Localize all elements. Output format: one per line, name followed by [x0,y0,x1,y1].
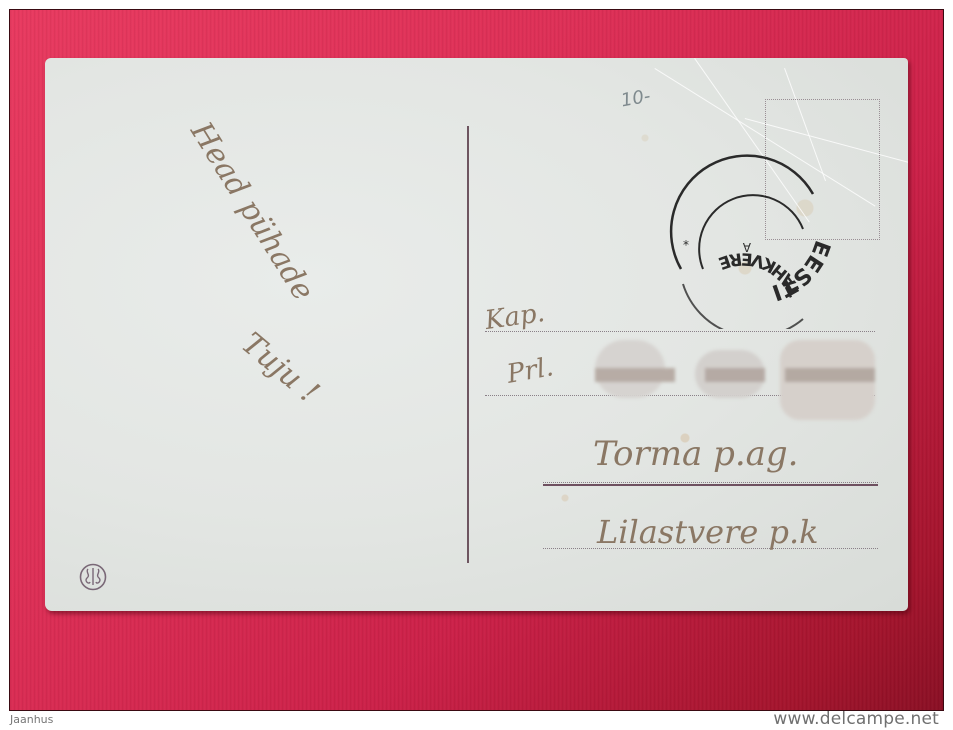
svg-text:*: * [683,238,689,252]
watermark-caption: www.delcampe.net [773,709,939,729]
svg-text:TAHKVERE: TAHKVERE [716,248,806,299]
address-line-2: Prl. [505,352,556,390]
pencil-note: 10- [619,86,652,112]
address-rule-3-solid [543,484,878,486]
address-line-3: Torma p.ag. [593,434,799,474]
message-line-1: Head pühade [183,116,320,307]
publisher-logo-icon [79,563,107,591]
seller-caption: Jaanhus [10,713,53,726]
center-divider [467,126,469,563]
redacted-name [585,340,875,400]
message-line-2: Tuju ! [235,326,326,410]
address-rule-3 [543,482,878,483]
postcard: 10- EESTI A TAHKVERE * Head pühade Tuju … [45,58,908,611]
address-rule-1 [485,331,875,332]
address-line-4: Lilastvere p.k [597,513,819,551]
postmark-icon: EESTI A TAHKVERE * [653,149,833,329]
